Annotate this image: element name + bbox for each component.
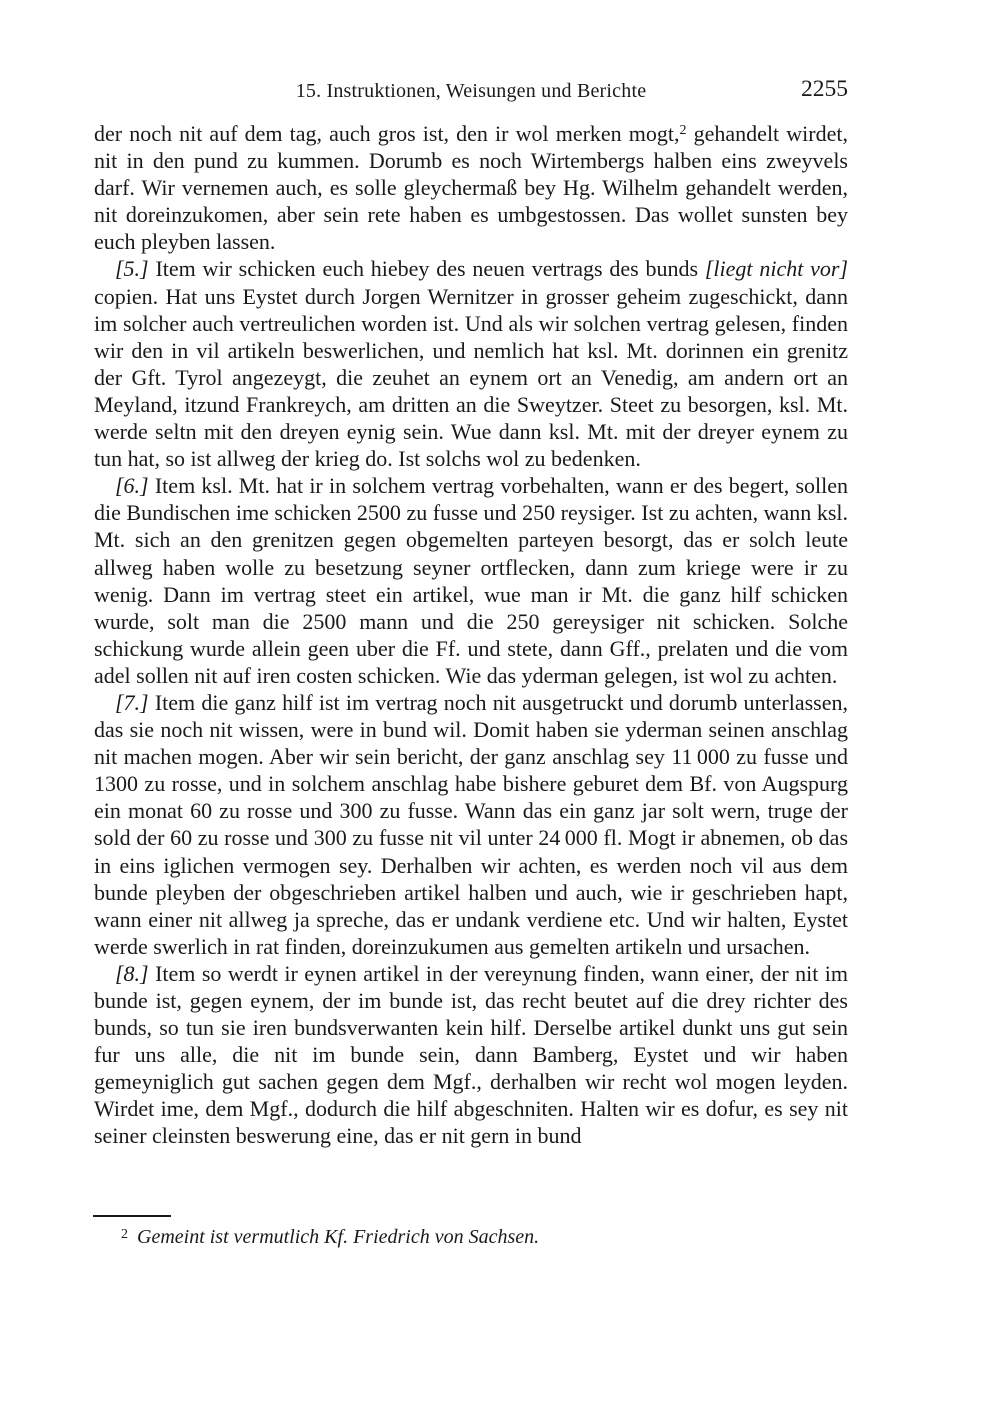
text-segment: Item die ganz hilf ist im vertrag noch n… <box>94 690 848 959</box>
text-segment: [7.] <box>115 690 155 715</box>
body-paragraphs: der noch nit auf dem tag, auch gros ist,… <box>94 120 848 1150</box>
paragraph: [8.] Item so werdt ir eynen artikel in d… <box>94 960 848 1150</box>
paragraph: [6.] Item ksl. Mt. hat ir in solchem ver… <box>94 472 848 689</box>
paragraph: [5.] Item wir schicken euch hiebey des n… <box>94 255 848 472</box>
footnote-text: Gemeint ist vermutlich Kf. Friedrich von… <box>137 1226 539 1248</box>
footnote-separator-rule <box>93 1215 171 1217</box>
text-segment: copien. Hat uns Eystet durch Jorgen Wern… <box>94 284 848 472</box>
page-number: 2255 <box>801 74 848 104</box>
footnote: 2Gemeint ist vermutlich Kf. Friedrich vo… <box>93 1224 847 1250</box>
footnote-reference: 2 <box>680 123 687 138</box>
paragraph: [7.] Item die ganz hilf ist im vertrag n… <box>94 689 848 960</box>
text-segment: [8.] <box>115 961 155 986</box>
chapter-heading: 15. Instruktionen, Weisungen und Bericht… <box>94 76 848 106</box>
running-header: 15. Instruktionen, Weisungen und Bericht… <box>94 76 848 106</box>
text-segment: [liegt nicht vor] <box>705 256 848 281</box>
text-segment: der noch nit auf dem tag, auch gros ist,… <box>94 121 680 146</box>
text-segment: Item wir schicken euch hiebey des neuen … <box>155 256 704 281</box>
text-segment: Item ksl. Mt. hat ir in solchem vertrag … <box>94 473 848 688</box>
text-segment: Item so werdt ir eynen artikel in der ve… <box>94 961 848 1149</box>
book-page: 15. Instruktionen, Weisungen und Bericht… <box>0 0 1004 1418</box>
paragraph: der noch nit auf dem tag, auch gros ist,… <box>94 120 848 255</box>
text-segment: [6.] <box>115 473 155 498</box>
footnote-area: 2Gemeint ist vermutlich Kf. Friedrich vo… <box>93 1215 847 1250</box>
footnote-marker: 2 <box>121 1227 128 1242</box>
text-segment: [5.] <box>115 256 155 281</box>
